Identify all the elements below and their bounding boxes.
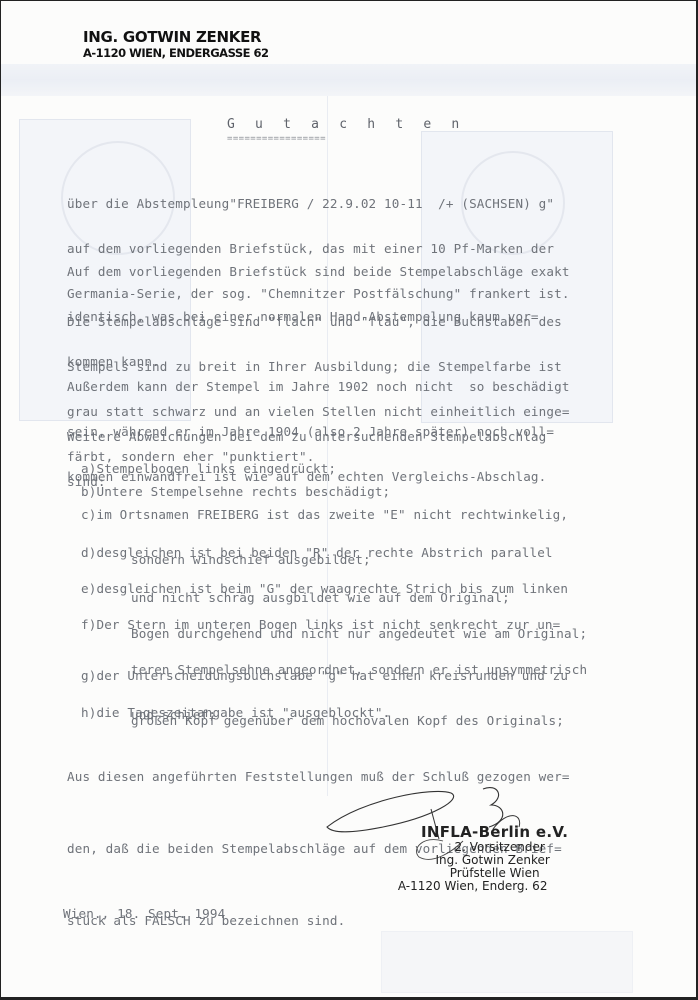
paragraph-line: Die Stempelabschläge sind "flach" und "f…	[67, 314, 570, 329]
letterhead-address: A-1120 WIEN, ENDERGASSE 62	[83, 46, 269, 61]
place-date: Wien., 18. Sept. 1994	[63, 906, 225, 921]
letterhead-name: ING. GOTWIN ZENKER	[83, 28, 269, 46]
letterhead: ING. GOTWIN ZENKER A-1120 WIEN, ENDERGAS…	[83, 28, 269, 61]
paragraph-line: Auf dem vorliegenden Briefstück sind bei…	[67, 264, 570, 279]
document-title: G u t a c h t e n	[227, 117, 465, 132]
stamp-line: A-1120 Wien, Enderg. 62	[377, 880, 568, 893]
deviation-label: f)	[81, 617, 96, 632]
stamp-organization: INFLA-Berlin e.V.	[421, 824, 568, 841]
deviation-text: Der Stern im unteren Bogen links ist nic…	[96, 617, 560, 632]
title-underline: =================	[227, 134, 326, 144]
intro-line: über die Abstempleung"FREIBERG / 22.9.02…	[67, 196, 570, 211]
signature-stamp: INFLA-Berlin e.V. 2. Vorsitzender Ing. G…	[377, 824, 568, 893]
paragraph-line: Außerdem kann der Stempel im Jahre 1902 …	[67, 379, 570, 394]
document-page: ING. GOTWIN ZENKER A-1120 WIEN, ENDERGAS…	[1, 1, 696, 997]
show-through-band	[1, 64, 696, 96]
